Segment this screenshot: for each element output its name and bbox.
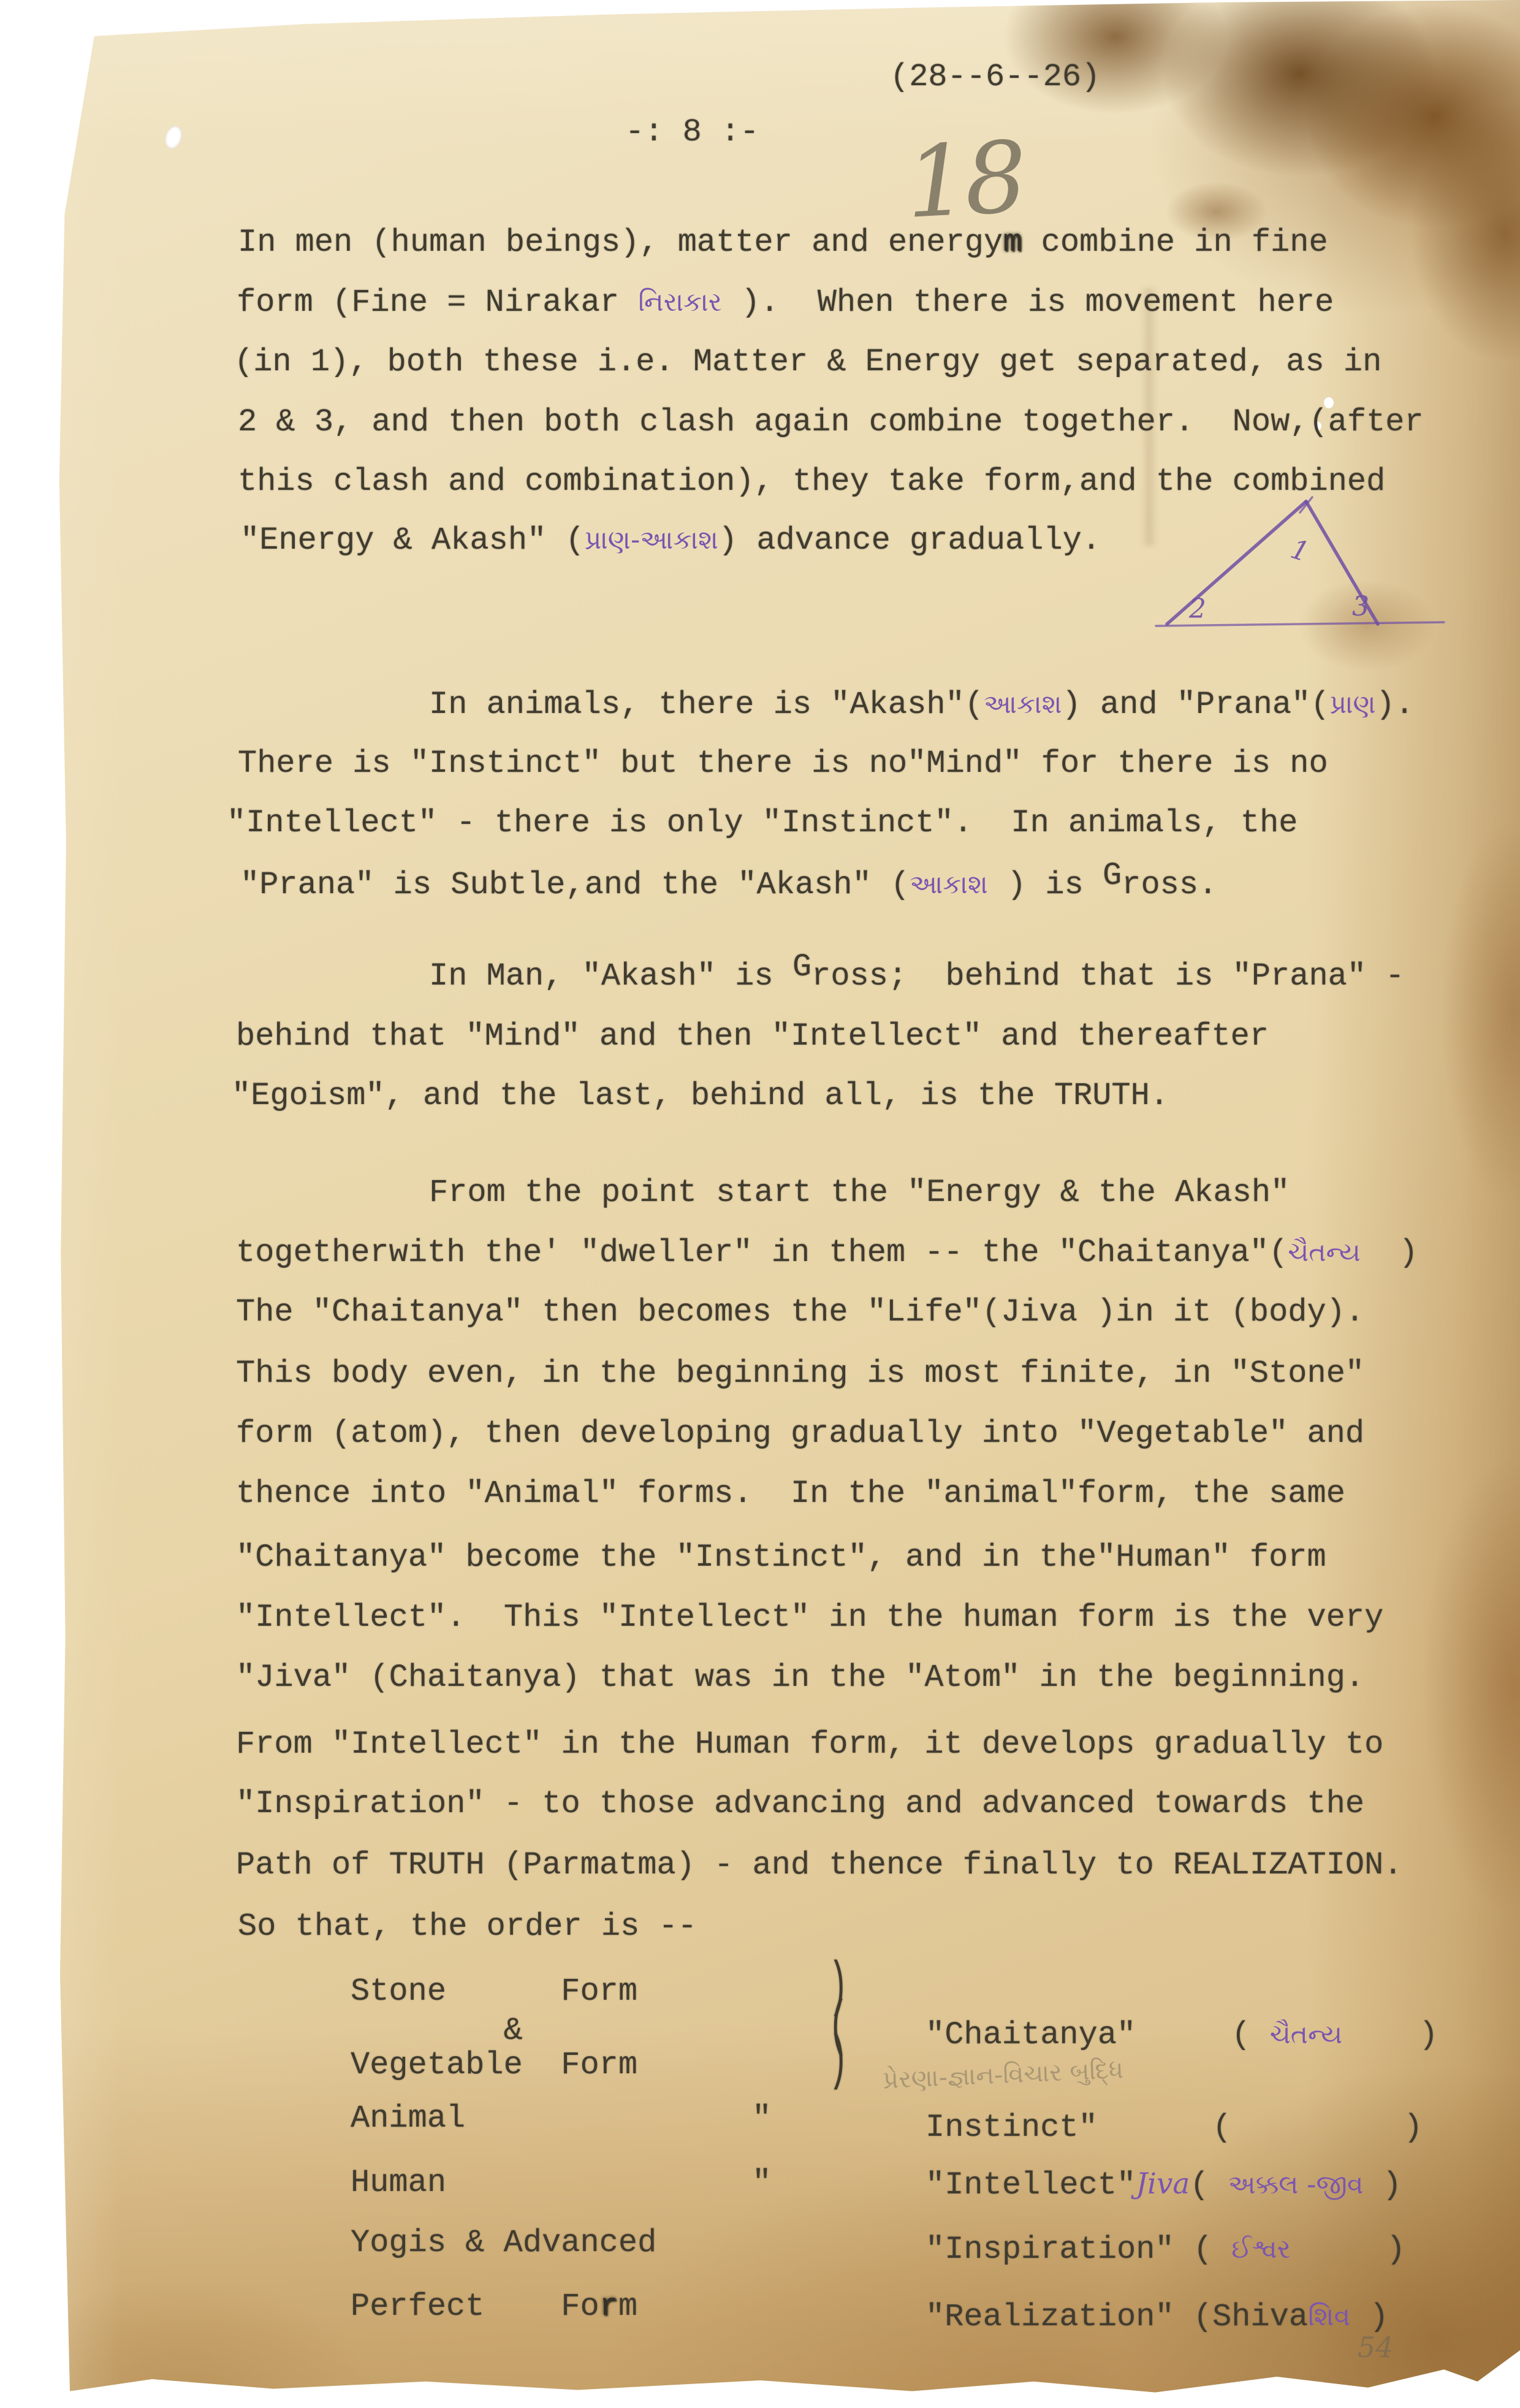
typed-line: In animals, there is "Akash"(આકાશ) and "…	[429, 685, 1414, 724]
typed-line: This body even, in the beginning is most…	[236, 1355, 1364, 1393]
typed-line: "Energy & Akash" (પ્રાણ-આકાશ) advance gr…	[240, 521, 1101, 560]
table-row-inspiration: "Inspiration" ( ઈશ્વર )	[925, 2230, 1405, 2269]
typed-line: thence into "Animal" forms. In the "anim…	[236, 1475, 1345, 1513]
scanned-document-page: { "colors": {"typed_ink": "#403b2f", "pu…	[0, 0, 1520, 2408]
typed-line: From "Intellect" in the Human form, it d…	[236, 1726, 1383, 1764]
typed-line: In Man, "Akash" is Gross; behind that is…	[429, 958, 1404, 996]
triangle-sketch: 1 2 3	[1151, 490, 1451, 634]
table-row-instinct: Instinct" ( )	[925, 2109, 1423, 2147]
typed-line: In men (human beings), matter and energy…	[238, 224, 1328, 262]
page-number-typed: -: 8 :-	[625, 113, 759, 151]
table-row-animal: Animal "	[351, 2100, 772, 2138]
typed-line: (in 1), both these i.e. Matter & Energy …	[234, 343, 1381, 381]
typed-line: "Prana" is Subtle,and the "Akash" (આકાશ …	[240, 866, 1217, 904]
pencil-page-mark: 54	[1358, 2331, 1394, 2364]
table-row-chaitanya: "Chaitanya" ( ચૈતન્ય )	[925, 2016, 1438, 2054]
typed-line: "Chaitanya" become the "Instinct", and i…	[236, 1539, 1326, 1577]
typed-line: behind that "Mind" and then "Intellect" …	[236, 1018, 1269, 1056]
table-row-stone: Stone Form )	[351, 1973, 848, 2011]
table-row-yogis: Yogis & Advanced	[351, 2224, 656, 2262]
table-row-human: Human "	[351, 2164, 772, 2202]
triangle-label-1: 1	[1287, 533, 1313, 568]
typed-line: "Intellect" - there is only "Instinct". …	[227, 804, 1298, 842]
table-row-vegetable: Vegetable Form )	[351, 2046, 848, 2084]
page-number-pencil: 18	[903, 120, 1026, 240]
typed-line: From the point start the "Energy & the A…	[429, 1174, 1290, 1212]
triangle-label-3: 3	[1352, 591, 1369, 622]
typed-line: form (Fine = Nirakar નિરાકાર ). When the…	[237, 283, 1334, 322]
typed-line: The "Chaitanya" then becomes the "Life"(…	[236, 1294, 1364, 1332]
typed-line: 2 & 3, and then both clash again combine…	[238, 403, 1424, 441]
typed-line: form (atom), then developing gradually i…	[236, 1415, 1364, 1453]
triangle-left-side	[1167, 501, 1306, 624]
table-row-realization: "Realization" (Shivaશિવ )	[925, 2298, 1389, 2336]
table-row-intellect: "Intellect"Jiva( અક્કલ -જીવ )	[925, 2165, 1402, 2204]
typed-line: "Egoism", and the last, behind all, is t…	[232, 1077, 1169, 1115]
typed-line: togetherwith the' "dweller" in them -- t…	[236, 1233, 1418, 1272]
typed-line: "Jiva" (Chaitanya) that was in the "Atom…	[236, 1659, 1364, 1697]
table-row-amp: & (	[351, 2012, 848, 2050]
triangle-label-2: 2	[1188, 593, 1206, 625]
table-row-perfect: Perfect Form	[351, 2288, 637, 2326]
typed-line: Path of TRUTH (Parmatma) - and thence fi…	[236, 1846, 1403, 1884]
typed-line: "Inspiration" - to those advancing and a…	[236, 1785, 1364, 1823]
typed-line: There is "Instinct" but there is no"Mind…	[238, 745, 1328, 783]
typed-line: So that, the order is --	[238, 1908, 697, 1946]
date-stamp: (28--6--26)	[890, 58, 1100, 96]
typed-line: "Intellect". This "Intellect" in the hum…	[236, 1599, 1383, 1637]
